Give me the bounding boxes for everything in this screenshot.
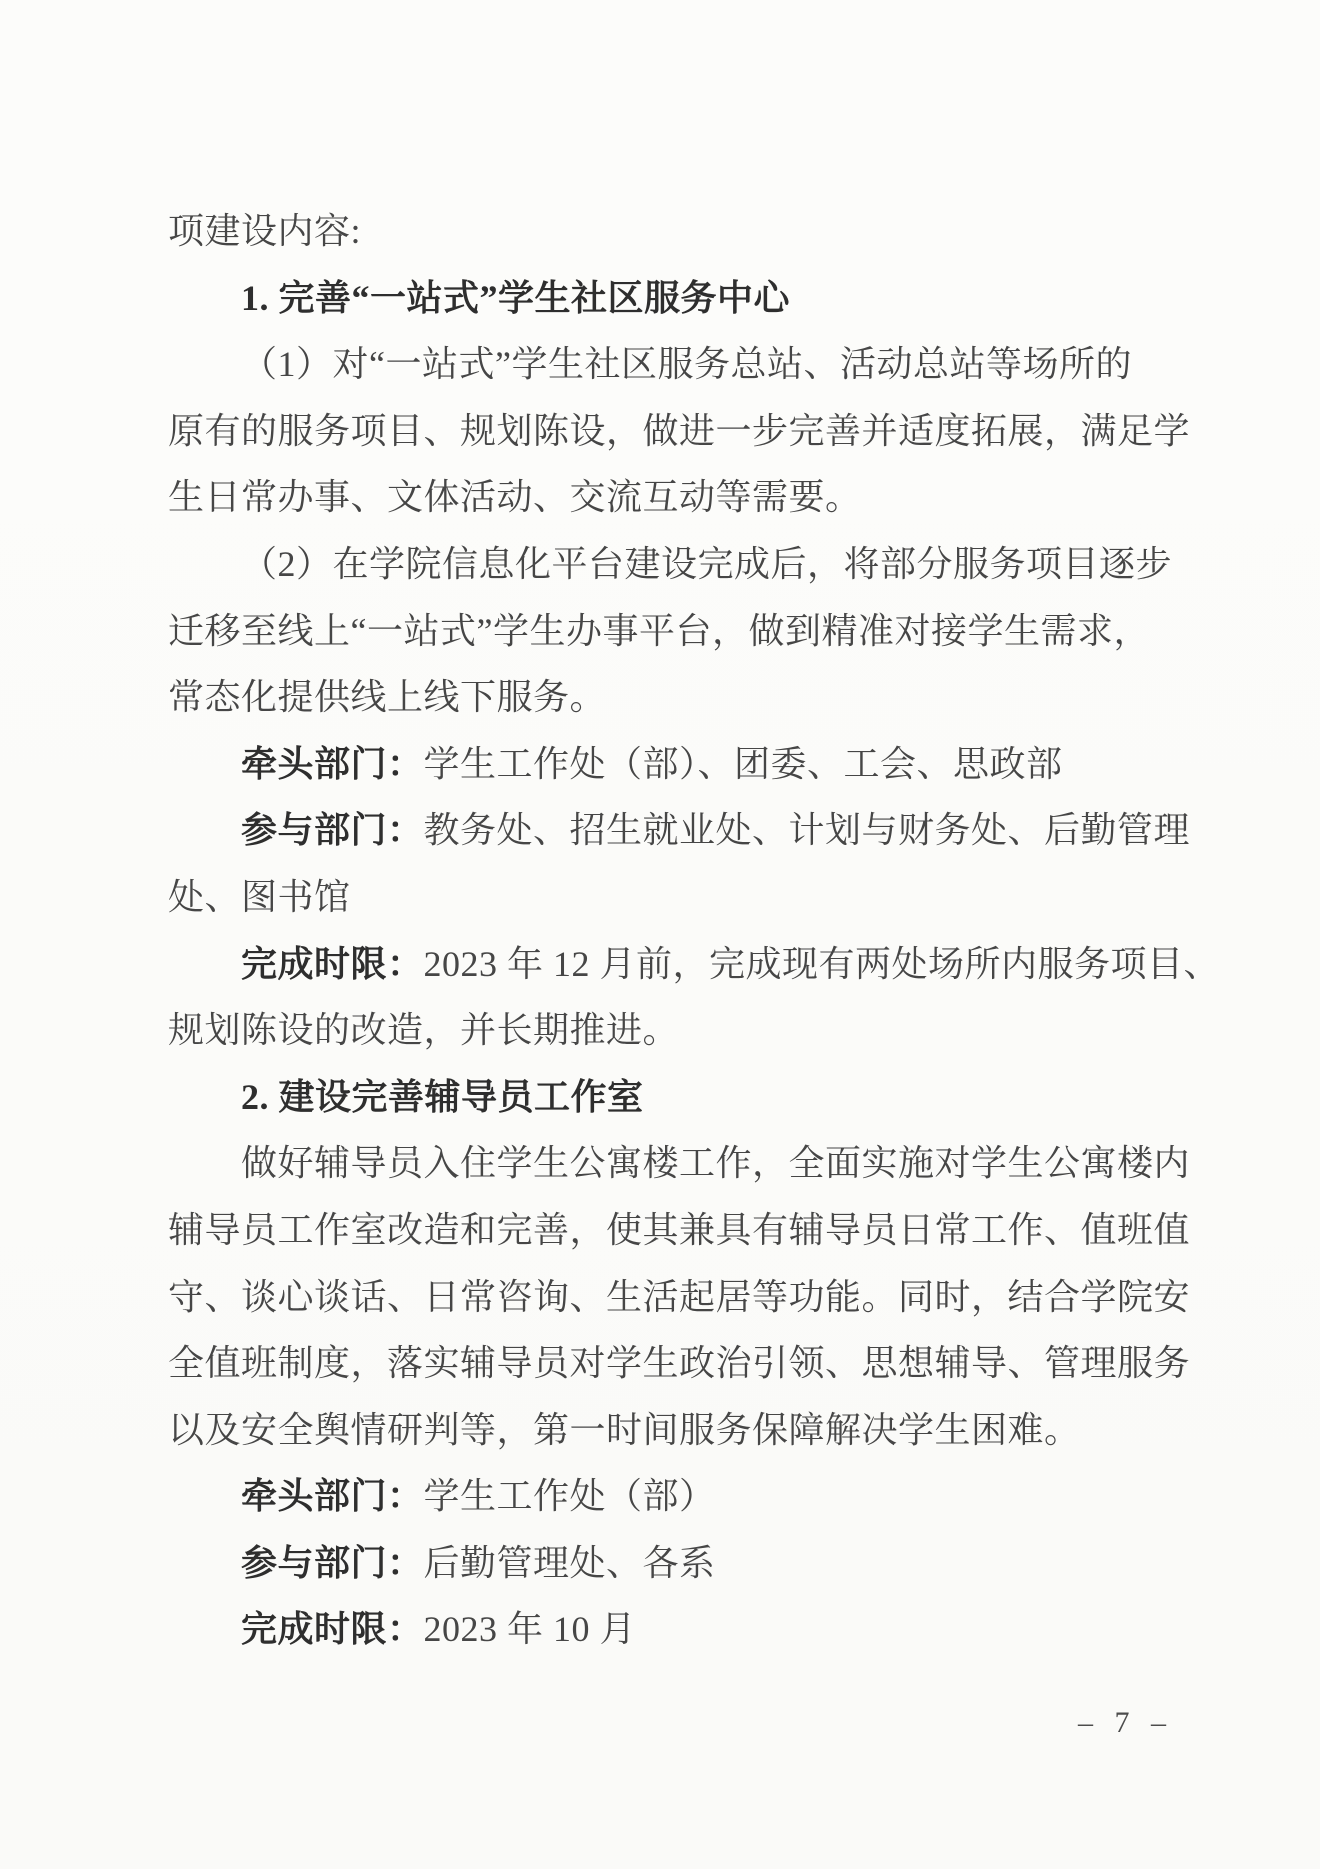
section-1-lead-dept-line: 牵头部门：学生工作处（部）、团委、工会、思政部 — [168, 731, 1158, 798]
section-1-para-1-line-2: 原有的服务项目、规划陈设，做进一步完善并适度拓展，满足学 — [168, 398, 1158, 465]
section-2-lead-dept-line: 牵头部门：学生工作处（部） — [168, 1463, 1158, 1530]
section-2-para-line-4: 全值班制度，落实辅导员对学生政治引领、思想辅导、管理服务 — [168, 1330, 1158, 1397]
document-body: 项建设内容: 1. 完善“一站式”学生社区服务中心 （1）对“一站式”学生社区服… — [168, 198, 1158, 1663]
participating-dept-label: 参与部门： — [241, 810, 424, 850]
section-1-para-2-line-3: 常态化提供线上线下服务。 — [168, 664, 1158, 731]
lead-dept-value: 学生工作处（部） — [424, 1476, 716, 1516]
section-1-para-1-line-1: （1）对“一站式”学生社区服务总站、活动总站等场所的 — [168, 331, 1158, 398]
section-1-heading: 1. 完善“一站式”学生社区服务中心 — [168, 265, 1158, 332]
deadline-label: 完成时限： — [241, 1609, 424, 1649]
section-1-para-2-line-1: （2）在学院信息化平台建设完成后，将部分服务项目逐步 — [168, 531, 1158, 598]
section-1-deadline-line-1: 完成时限：2023 年 12 月前，完成现有两处场所内服务项目、 — [168, 931, 1158, 998]
page-number: – 7 – — [1078, 1705, 1173, 1741]
section-2-participating-dept-line: 参与部门：后勤管理处、各系 — [168, 1530, 1158, 1597]
section-2-para-line-3: 守、谈心谈话、日常咨询、生活起居等功能。同时，结合学院安 — [168, 1264, 1158, 1331]
section-2-deadline-line: 完成时限：2023 年 10 月 — [168, 1596, 1158, 1663]
section-2-para-line-5: 以及安全舆情研判等，第一时间服务保障解决学生困难。 — [168, 1397, 1158, 1464]
lead-dept-label: 牵头部门： — [241, 744, 424, 784]
section-1-participating-dept-line-1: 参与部门：教务处、招生就业处、计划与财务处、后勤管理 — [168, 797, 1158, 864]
document-page: 项建设内容: 1. 完善“一站式”学生社区服务中心 （1）对“一站式”学生社区服… — [0, 0, 1320, 1869]
section-1-para-1-line-3: 生日常办事、文体活动、交流互动等需要。 — [168, 464, 1158, 531]
participating-dept-value: 教务处、招生就业处、计划与财务处、后勤管理 — [424, 810, 1191, 850]
section-2-heading: 2. 建设完善辅导员工作室 — [168, 1064, 1158, 1131]
section-1-deadline-line-2: 规划陈设的改造，并长期推进。 — [168, 997, 1158, 1064]
deadline-value: 2023 年 10 月 — [424, 1609, 637, 1649]
section-1-participating-dept-line-2: 处、图书馆 — [168, 864, 1158, 931]
section-2-para-line-2: 辅导员工作室改造和完善，使其兼具有辅导员日常工作、值班值 — [168, 1197, 1158, 1264]
continuation-line: 项建设内容: — [168, 198, 1158, 265]
section-1-para-2-line-2: 迁移至线上“一站式”学生办事平台，做到精准对接学生需求， — [168, 598, 1158, 665]
lead-dept-label: 牵头部门： — [241, 1476, 424, 1516]
deadline-label: 完成时限： — [241, 944, 424, 984]
section-2-para-line-1: 做好辅导员入住学生公寓楼工作，全面实施对学生公寓楼内 — [168, 1130, 1158, 1197]
lead-dept-value: 学生工作处（部）、团委、工会、思政部 — [424, 744, 1063, 784]
deadline-value: 2023 年 12 月前，完成现有两处场所内服务项目、 — [424, 944, 1221, 984]
participating-dept-value: 后勤管理处、各系 — [424, 1543, 716, 1583]
participating-dept-label: 参与部门： — [241, 1543, 424, 1583]
